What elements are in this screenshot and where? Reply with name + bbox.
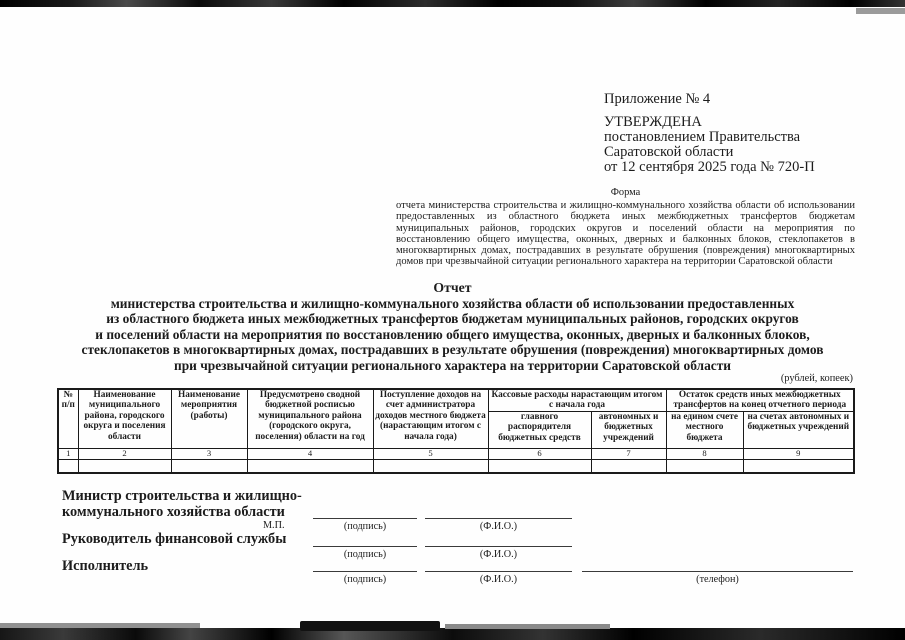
column-number-row: 1 2 3 4 5 6 7 8 9 (58, 449, 854, 460)
scanned-report-form-page: Приложение № 4 УТВЕРЖДЕНА постановлением… (0, 0, 905, 640)
phone-line (582, 571, 853, 572)
appendix-date-line: от 12 сентября 2025 года № 720-П (604, 160, 864, 175)
col-header-single-account: на едином счете местного бюджета (666, 411, 743, 448)
column-number: 4 (247, 449, 373, 460)
report-table: № п/п Наименование муниципального района… (57, 388, 855, 474)
appendix-number: Приложение № 4 (604, 92, 864, 107)
scan-artifact-bottom-bump (300, 621, 440, 631)
units-note: (рублей, копеек) (600, 373, 853, 384)
col-header-chief-administrator: главного распорядителя бюджетных средств (488, 411, 591, 448)
column-number: 1 (58, 449, 78, 460)
phone-caption: (телефон) (582, 574, 853, 585)
fio-caption: (Ф.И.О.) (425, 549, 572, 560)
appendix-approved: УТВЕРЖДЕНА (604, 115, 864, 130)
fio-line (425, 571, 572, 572)
group-header-cash-expenses: Кассовые расходы нарастающим итогом с на… (488, 389, 666, 411)
appendix-block: Приложение № 4 УТВЕРЖДЕНА постановлением… (604, 92, 864, 175)
signature-line (313, 571, 417, 572)
col-header-activity: Наименование мероприятия (работы) (171, 389, 247, 449)
empty-cell (58, 460, 78, 474)
report-title-body: министерства строительства и жилищно-ком… (35, 296, 870, 373)
appendix-region-line: Саратовской области (604, 145, 864, 160)
signature-caption: (подпись) (313, 549, 417, 560)
signature-caption: (подпись) (313, 521, 417, 532)
form-label: Форма (396, 187, 855, 198)
fio-line (425, 518, 572, 519)
empty-cell (743, 460, 854, 474)
report-title-heading: Отчет (35, 280, 870, 296)
fio-caption: (Ф.И.О.) (425, 574, 572, 585)
empty-data-row (58, 460, 854, 474)
scan-artifact-bottom (0, 628, 905, 640)
col-header-municipality: Наименование муниципального района, горо… (78, 389, 171, 449)
column-number: 3 (171, 449, 247, 460)
group-header-remainder: Остаток средств иных межбюджетных трансф… (666, 389, 854, 411)
column-number: 5 (373, 449, 488, 460)
scan-artifact-bottom-gray (445, 624, 610, 629)
fio-caption: (Ф.И.О.) (425, 521, 572, 532)
empty-cell (78, 460, 171, 474)
signature-line (313, 546, 417, 547)
fio-line (425, 546, 572, 547)
col-header-institution-accounts: на счетах автономных и бюджетных учрежде… (743, 411, 854, 448)
scan-artifact-top-right (856, 8, 905, 14)
column-number: 8 (666, 449, 743, 460)
scan-artifact-bottom-gray (0, 623, 200, 628)
signature-caption: (подпись) (313, 574, 417, 585)
col-header-npp: № п/п (58, 389, 78, 449)
empty-cell (666, 460, 743, 474)
empty-cell (247, 460, 373, 474)
executor-label: Исполнитель (62, 559, 262, 575)
empty-cell (373, 460, 488, 474)
col-header-autonomous-institutions: автономных и бюджетных учреждений (591, 411, 666, 448)
minister-label: Министр строительства и жилищно- коммуна… (62, 489, 332, 520)
signature-line (313, 518, 417, 519)
column-number: 2 (78, 449, 171, 460)
stamp-place-label: М.П. (263, 520, 291, 531)
column-number: 7 (591, 449, 666, 460)
scan-artifact-top (0, 0, 905, 7)
form-description: отчета министерства строительства и жили… (396, 200, 855, 268)
column-number: 6 (488, 449, 591, 460)
col-header-budget-plan: Предусмотрено сводной бюджетной росписью… (247, 389, 373, 449)
appendix-by-line: постановлением Правительства (604, 130, 864, 145)
column-number: 9 (743, 449, 854, 460)
empty-cell (488, 460, 591, 474)
empty-cell (171, 460, 247, 474)
empty-cell (591, 460, 666, 474)
col-header-income: Поступление доходов на счет администрато… (373, 389, 488, 449)
